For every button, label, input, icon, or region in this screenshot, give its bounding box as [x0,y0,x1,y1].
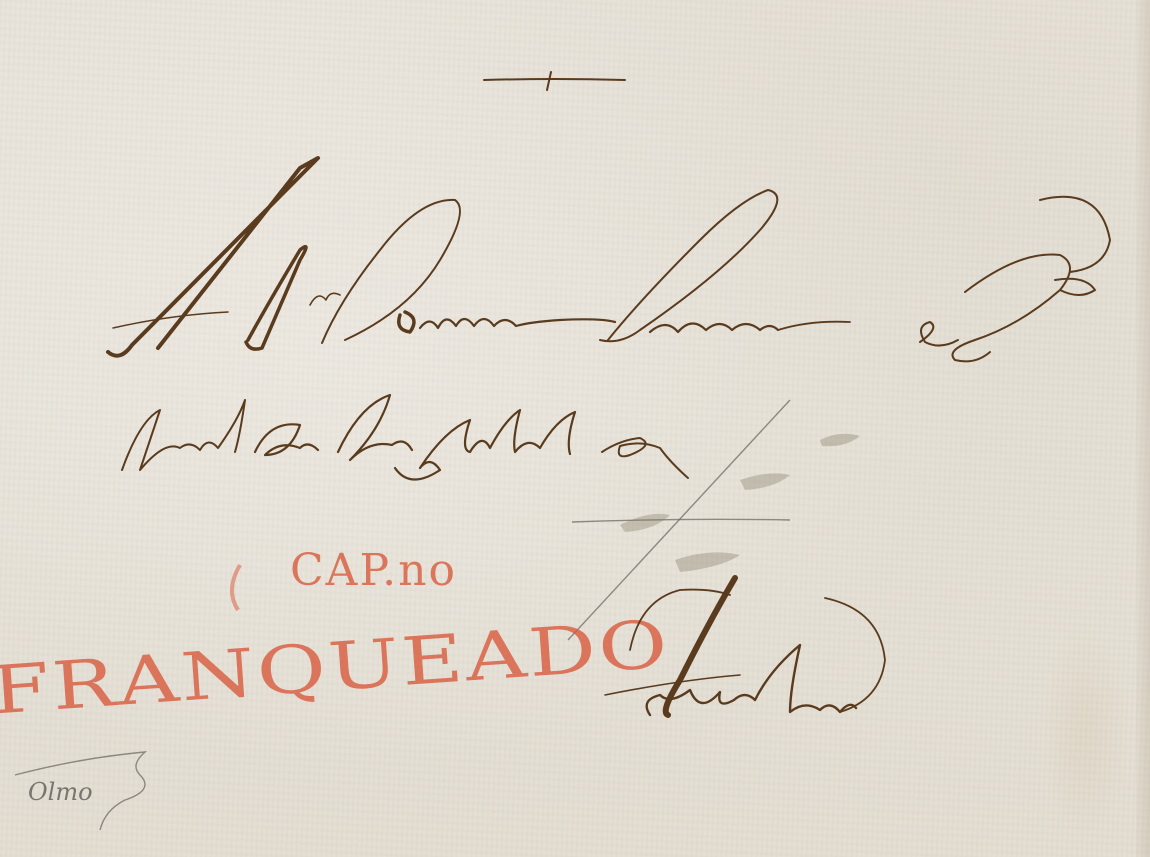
address-line-1-script [108,158,1110,361]
postmark-line-2: FRANQUEADO [0,605,672,729]
postmark-line-1: CAP.no [290,545,457,596]
letter-cover: CAP.no FRANQUEADO Olmo + A D.n Ramon Gar… [0,0,1150,857]
pencil-note: Olmo [15,752,145,830]
cross-mark [484,72,625,90]
address-line-2-script [122,395,688,480]
postmark-stamp: CAP.no FRANQUEADO [0,545,672,730]
grey-marks [568,400,860,640]
pencil-note-text: Olmo [28,778,93,806]
manuscript-layer: CAP.no FRANQUEADO Olmo [0,0,1150,857]
